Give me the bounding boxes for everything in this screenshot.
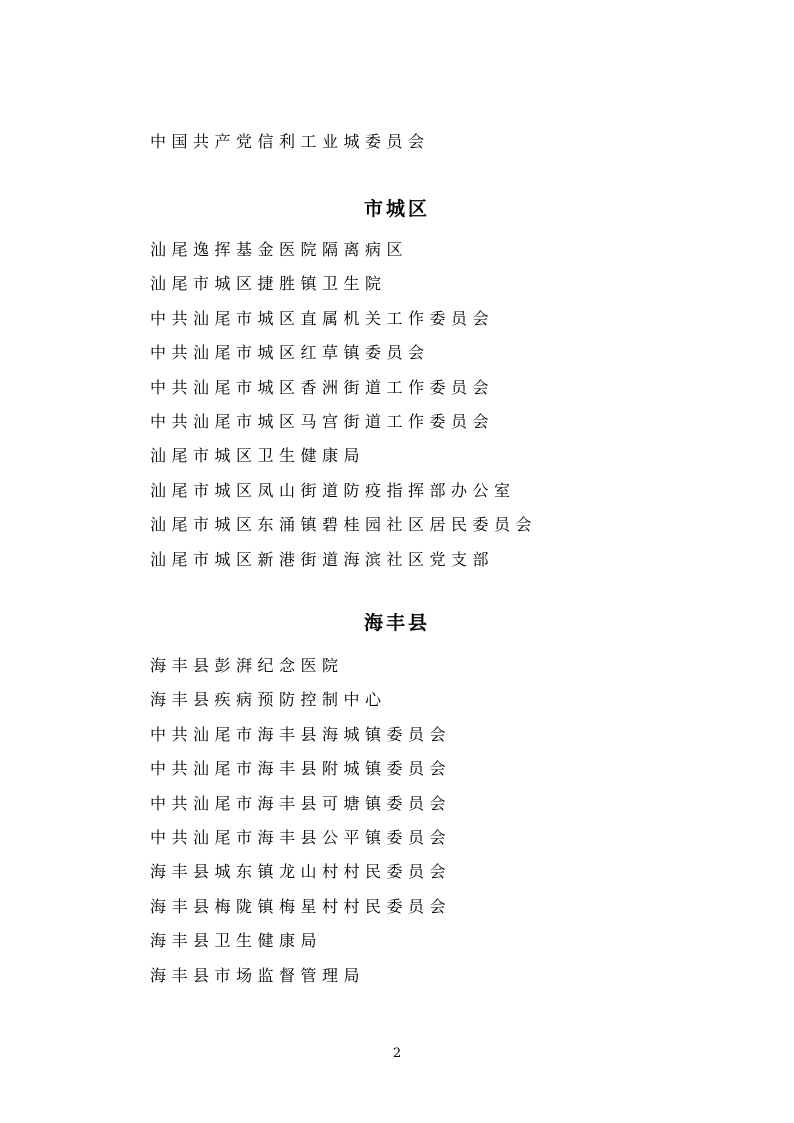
org-list-shichengqu: 汕尾逸挥基金医院隔离病区 汕尾市城区捷胜镇卫生院 中共汕尾市城区直属机关工作委员… (150, 233, 537, 577)
list-item: 汕尾市城区凤山街道防疫指挥部办公室 (150, 474, 537, 508)
list-item: 海丰县彭湃纪念医院 (150, 649, 451, 683)
document-page: 中国共产党信利工业城委员会 市城区 汕尾逸挥基金医院隔离病区 汕尾市城区捷胜镇卫… (0, 0, 794, 1123)
list-item: 中共汕尾市城区直属机关工作委员会 (150, 302, 537, 336)
org-list-haifengxian: 海丰县彭湃纪念医院 海丰县疾病预防控制中心 中共汕尾市海丰县海城镇委员会 中共汕… (150, 649, 451, 993)
list-item: 中共汕尾市城区红草镇委员会 (150, 336, 537, 370)
list-item: 汕尾市城区东涌镇碧桂园社区居民委员会 (150, 508, 537, 542)
list-item: 中共汕尾市城区马宫街道工作委员会 (150, 405, 537, 439)
list-item: 汕尾市城区新港街道海滨社区党支部 (150, 543, 537, 577)
intro-continuation-line: 中国共产党信利工业城委员会 (150, 131, 430, 153)
list-item: 中共汕尾市海丰县附城镇委员会 (150, 752, 451, 786)
list-item: 汕尾逸挥基金医院隔离病区 (150, 233, 537, 267)
section-heading-shichengqu: 市城区 (0, 196, 794, 222)
list-item: 海丰县城东镇龙山村村民委员会 (150, 855, 451, 889)
list-item: 中共汕尾市海丰县公平镇委员会 (150, 821, 451, 855)
list-item: 海丰县卫生健康局 (150, 924, 451, 958)
list-item: 海丰县疾病预防控制中心 (150, 683, 451, 717)
list-item: 海丰县梅陇镇梅星村村民委员会 (150, 890, 451, 924)
list-item: 海丰县市场监督管理局 (150, 959, 451, 993)
section-heading-haifengxian: 海丰县 (0, 610, 794, 636)
list-item: 中共汕尾市海丰县海城镇委员会 (150, 718, 451, 752)
list-item: 汕尾市城区捷胜镇卫生院 (150, 267, 537, 301)
list-item: 中共汕尾市城区香洲街道工作委员会 (150, 371, 537, 405)
page-number: 2 (0, 1046, 794, 1061)
list-item: 中共汕尾市海丰县可塘镇委员会 (150, 787, 451, 821)
list-item: 汕尾市城区卫生健康局 (150, 439, 537, 473)
